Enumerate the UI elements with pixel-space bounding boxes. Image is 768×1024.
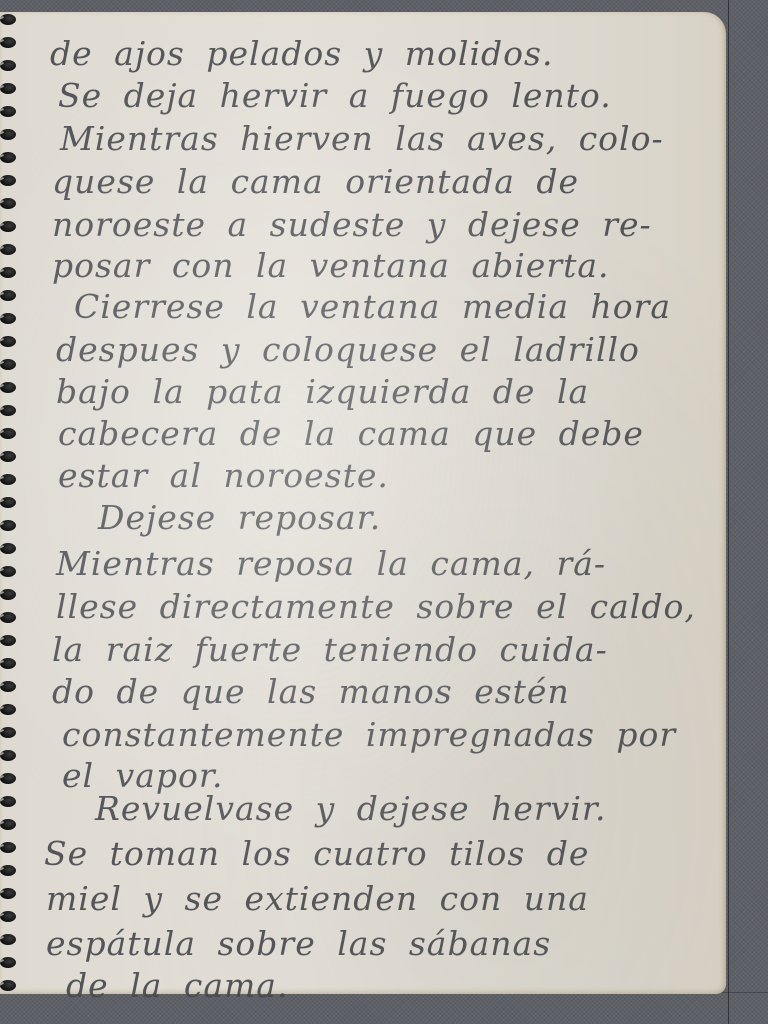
spiral-ring [0,520,16,531]
text-line: miel y se extienden con una [46,879,589,918]
spiral-ring [0,681,16,692]
text-line: llese directamente sobre el caldo, [56,587,696,626]
spiral-ring [0,359,16,370]
text-line: cabecera de la cama que debe [58,414,644,453]
spiral-ring [0,405,16,416]
spiral-ring [0,37,16,48]
text-line: Cierrese la ventana media hora [74,287,671,326]
spiral-ring [0,658,16,669]
spiral-ring [0,543,16,554]
text-line: noroeste a sudeste y dejese re- [52,205,652,244]
spiral-ring [0,497,16,508]
spiral-ring [0,313,16,324]
text-line: Se toman los cuatro tilos de [44,834,589,873]
spiral-ring [0,106,16,117]
spiral-ring [0,911,16,922]
text-line: do de que las manos estén [52,672,570,711]
text-line: espátula sobre las sábanas [46,924,551,963]
backing-seam [728,0,729,1024]
spiral-ring [0,198,16,209]
spiral-ring [0,129,16,140]
spiral-ring [0,773,16,784]
text-line: de ajos pelados y molidos. [50,34,553,73]
text-line: Mientras hierven las aves, colo- [60,119,664,158]
spiral-ring [0,83,16,94]
spiral-ring [0,934,16,945]
spiral-ring [0,221,16,232]
text-line: bajo la pata izquierda de la [56,372,589,411]
spiral-ring [0,336,16,347]
text-line: posar con la ventana abierta. [52,246,610,285]
spiral-ring [0,474,16,485]
spiral-ring [0,888,16,899]
spiral-ring [0,635,16,646]
spiral-ring [0,451,16,462]
spiral-ring [0,704,16,715]
notebook-page: de ajos pelados y molidos. Se deja hervi… [0,12,726,994]
spiral-ring [0,566,16,577]
spiral-ring [0,750,16,761]
spiral-ring [0,175,16,186]
text-line: de la cama. [66,966,288,1005]
spiral-ring [0,796,16,807]
spiral-ring [0,957,16,968]
spiral-ring [0,152,16,163]
text-line: la raiz fuerte teniendo cuida- [52,630,608,669]
spiral-ring [0,865,16,876]
text-line: Se deja hervir a fuego lento. [58,76,612,115]
spiral-ring [0,727,16,738]
text-line: quese la cama orientada de [52,162,579,201]
text-line: Mientras reposa la cama, rá- [56,544,606,583]
text-line: constantemente impregnadas por [62,715,676,754]
spiral-ring [0,428,16,439]
spiral-ring [0,612,16,623]
spiral-ring [0,589,16,600]
spiral-ring [0,819,16,830]
spiral-ring [0,60,16,71]
text-line: estar al noroeste. [58,456,389,495]
spiral-binding [0,14,22,994]
text-line: Dejese reposar. [98,498,381,537]
spiral-ring [0,842,16,853]
spiral-ring [0,244,16,255]
spiral-ring [0,290,16,301]
text-line: despues y coloquese el ladrillo [56,330,640,369]
text-line: Revuelvase y dejese hervir. [95,789,607,828]
spiral-ring [0,267,16,278]
spiral-ring [0,382,16,393]
spiral-ring [0,14,16,25]
spiral-ring [0,980,16,991]
